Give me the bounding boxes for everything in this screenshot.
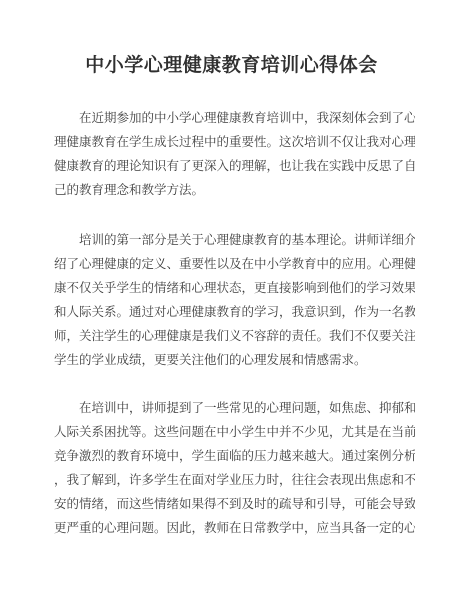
text-line: 理健康教育在学生成长过程中的重要性。这次培训不仅让我对心理: [54, 130, 415, 154]
text-line: 绍了心理健康的定义、重要性以及在中小学教育中的应用。心理健: [54, 252, 415, 276]
text-line: 培训的第一部分是关于心理健康教育的基本理论。讲师详细介: [54, 228, 415, 252]
paragraph-intro: 在近期参加的中小学心理健康教育培训中，我深刻体会到了心 理健康教育在学生成长过程…: [54, 106, 415, 202]
document-page: 中小学心理健康教育培训心得体会 在近期参加的中小学心理健康教育培训中，我深刻体会…: [0, 0, 463, 600]
text-line: 在培训中，讲师提到了一些常见的心理问题，如焦虑、抑郁和: [54, 396, 415, 420]
text-line: 学生的学业成绩，更要关注他们的心理发展和情感需求。: [54, 348, 415, 372]
text-line: 健康教育的理论知识有了更深入的理解，也让我在实践中反思了自: [54, 154, 415, 178]
text-line: 康不仅关乎学生的情绪和心理状态，更直接影响到他们的学习效果: [54, 276, 415, 300]
text-line: 竞争激烈的教育环境中，学生面临的压力越来越大。通过案例分析: [54, 444, 415, 468]
text-line: 和人际关系。通过对心理健康教育的学习，我意识到，作为一名教: [54, 300, 415, 324]
paragraph-problems: 在培训中，讲师提到了一些常见的心理问题，如焦虑、抑郁和 人际关系困扰等。这些问题…: [54, 396, 415, 540]
text-line: 师，关注学生的心理健康是我们义不容辞的责任。我们不仅要关注: [54, 324, 415, 348]
text-line: 安的情绪，而这些情绪如果得不到及时的疏导和引导，可能会导致: [54, 492, 415, 516]
text-line: ，我了解到，许多学生在面对学业压力时，往往会表现出焦虑和不: [54, 468, 415, 492]
text-line: 更严重的心理问题。因此，教师在日常教学中，应当具备一定的心: [54, 516, 415, 540]
text-line: 己的教育理念和教学方法。: [54, 178, 415, 202]
text-line: 在近期参加的中小学心理健康教育培训中，我深刻体会到了心: [54, 106, 415, 130]
document-title: 中小学心理健康教育培训心得体会: [51, 54, 412, 78]
paragraph-theory: 培训的第一部分是关于心理健康教育的基本理论。讲师详细介 绍了心理健康的定义、重要…: [54, 228, 415, 372]
document-body: 在近期参加的中小学心理健康教育培训中，我深刻体会到了心 理健康教育在学生成长过程…: [54, 78, 415, 540]
text-line: 人际关系困扰等。这些问题在中小学生中并不少见，尤其是在当前: [54, 420, 415, 444]
